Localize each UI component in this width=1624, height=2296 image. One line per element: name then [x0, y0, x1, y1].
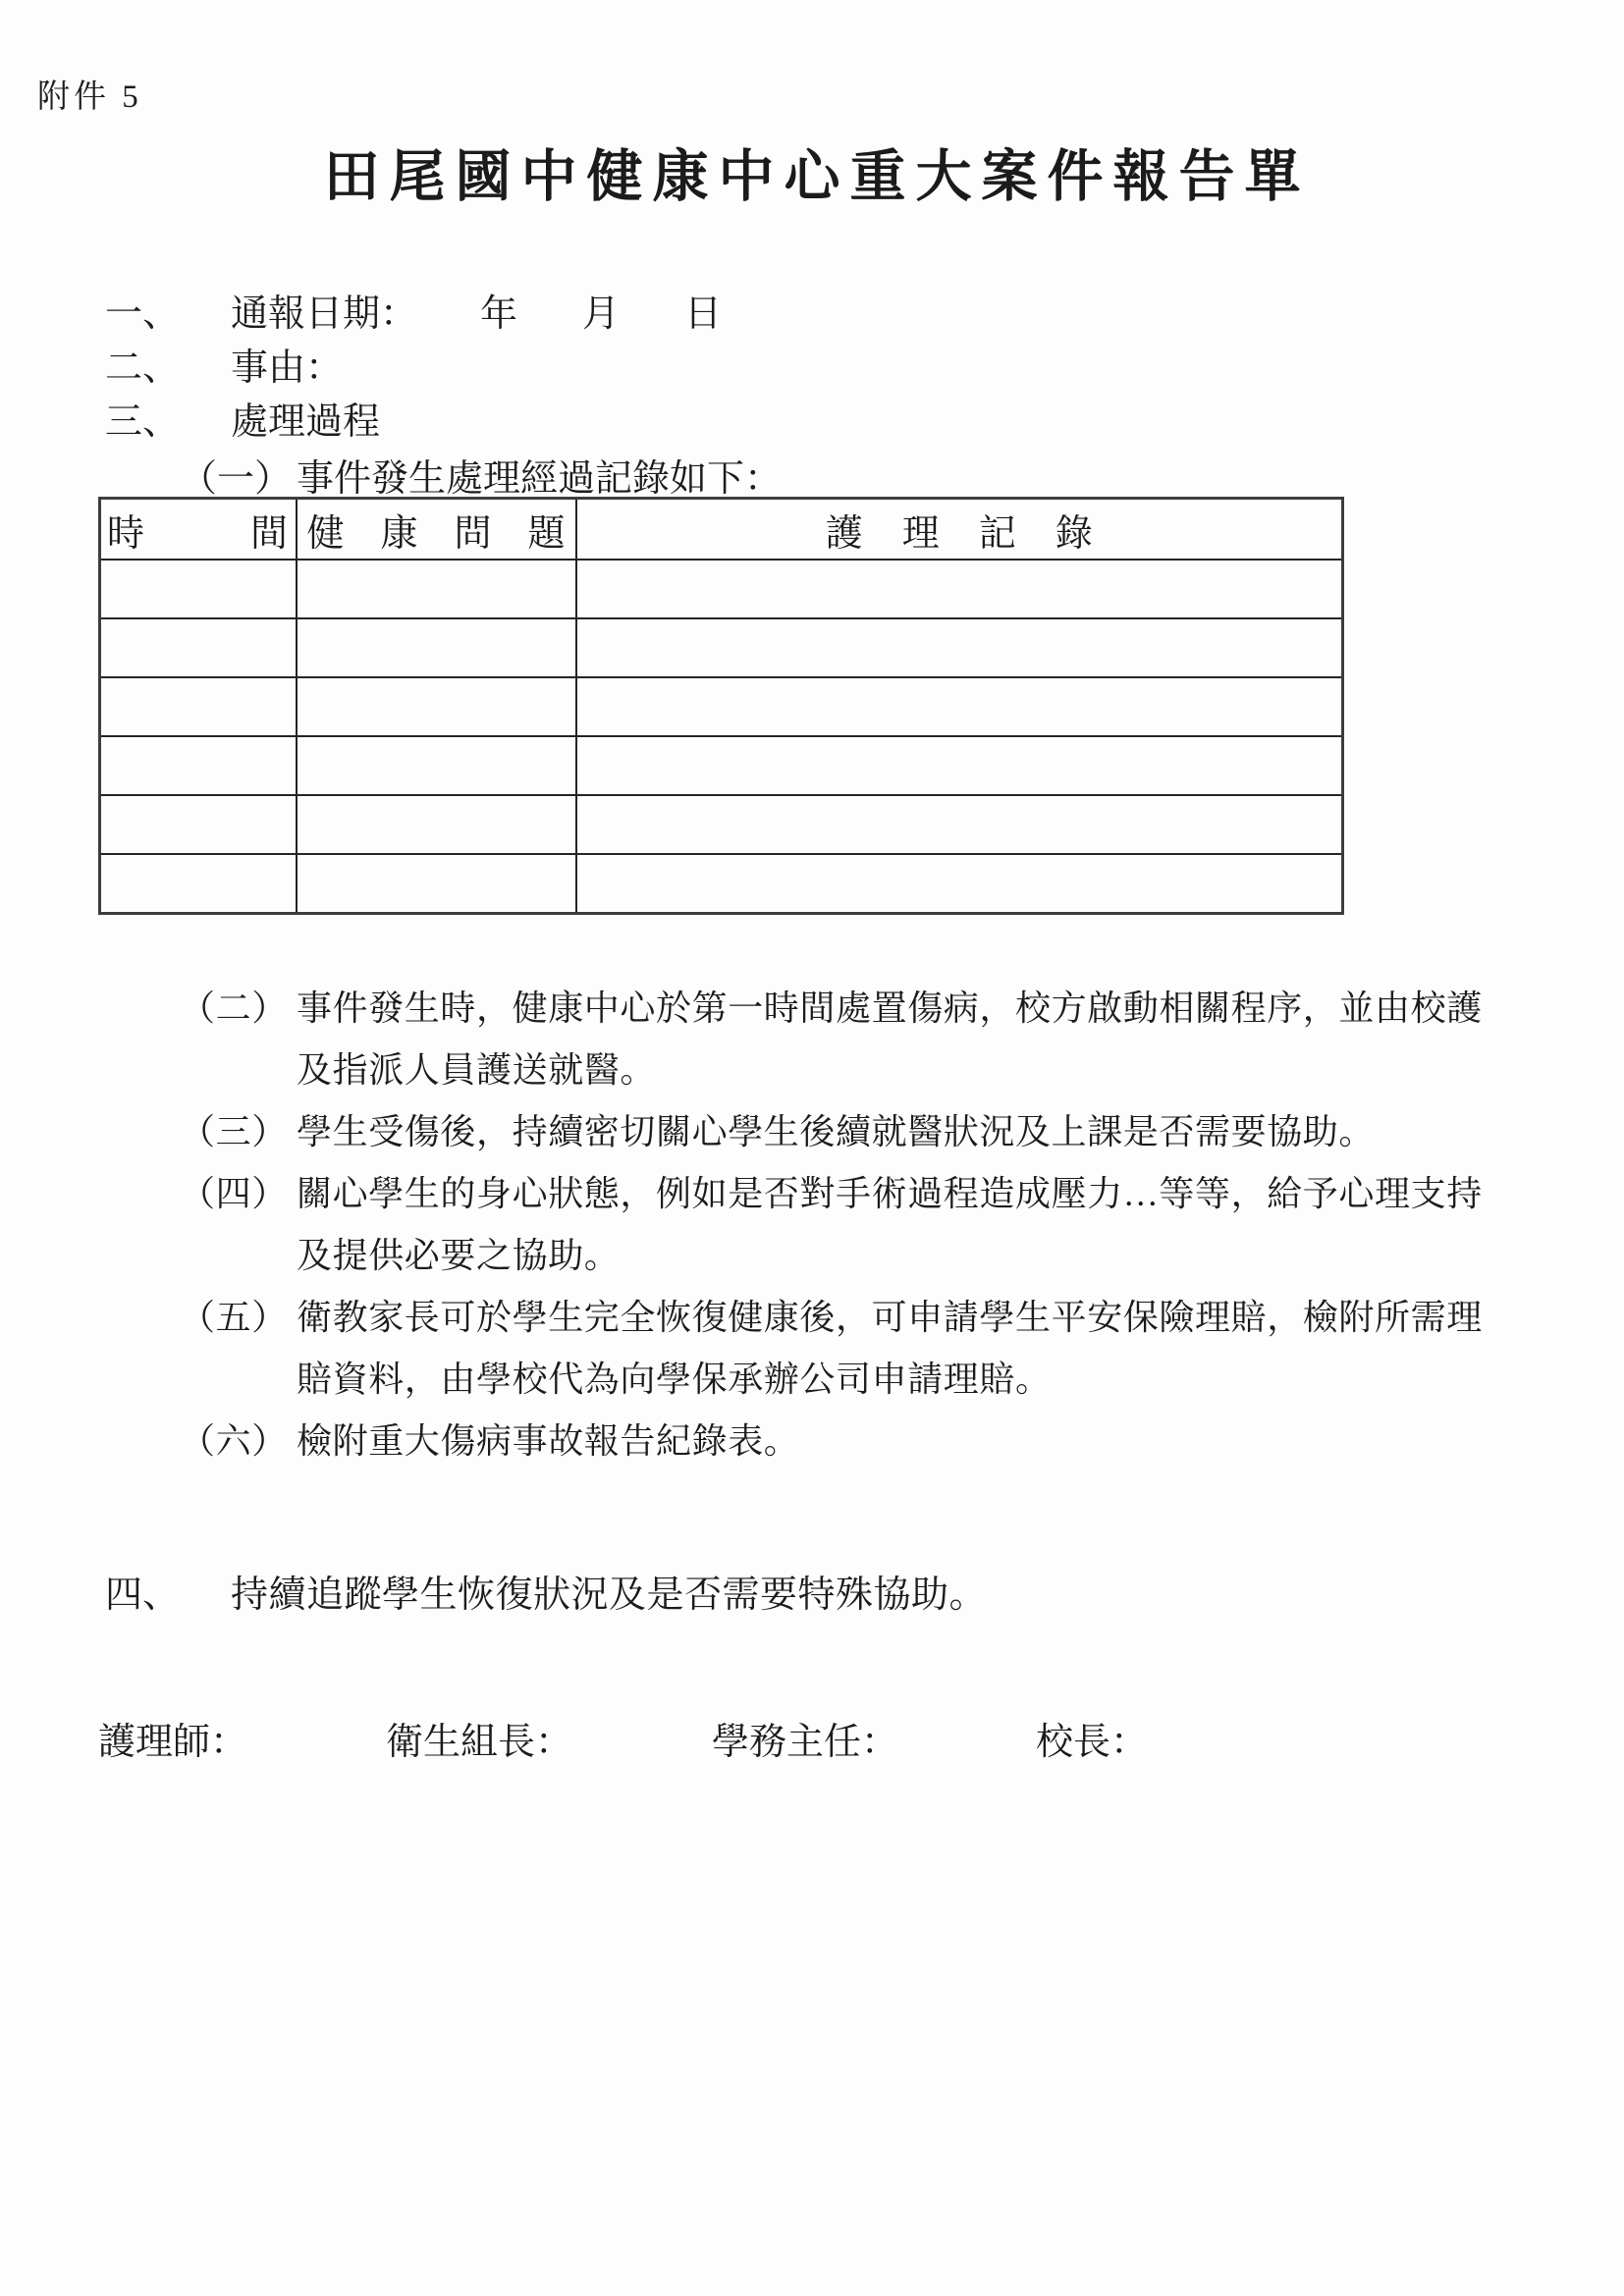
item-text: 關心學生的身心狀態，例如是否對手術過程造成壓力…等等，給予心理支持及提供必要之協…	[297, 1163, 1485, 1287]
nursing-record-table: 時間 健康問題 護理記錄	[98, 497, 1344, 915]
item-number: （六）	[180, 1411, 297, 1472]
section-report-date: 一、 通報日期： 年 月 日	[105, 283, 722, 337]
nursing-record-cell	[576, 854, 1343, 914]
nursing-record-cell	[576, 736, 1343, 795]
health-problem-cell	[297, 618, 576, 677]
health-problem-cell	[297, 736, 576, 795]
health-problem-cell	[297, 560, 576, 618]
table-row	[100, 854, 1343, 914]
attachment-label: 附件 5	[37, 71, 142, 117]
item-number: （一）	[180, 448, 297, 502]
section-label: 持續追蹤學生恢復狀況及是否需要特殊協助。	[231, 1564, 987, 1618]
column-header-health-problem: 健康問題	[297, 499, 576, 561]
process-item-2: （二） 事件發生時，健康中心於第一時間處置傷病，校方啟動相關程序，並由校護及指派…	[180, 978, 1490, 1101]
item-number: （五）	[180, 1287, 297, 1349]
time-cell	[100, 736, 297, 795]
health-problem-cell	[297, 795, 576, 854]
table-row	[100, 795, 1343, 854]
time-cell	[100, 854, 297, 914]
table-row	[100, 560, 1343, 618]
nursing-record-cell	[576, 795, 1343, 854]
section-number: 一、	[105, 283, 231, 337]
signature-label-principal: 校長：	[1036, 1711, 1148, 1765]
signature-label-academic-affairs-director: 學務主任：	[712, 1711, 898, 1765]
item-text: 事件發生時，健康中心於第一時間處置傷病，校方啟動相關程序，並由校護及指派人員護送…	[297, 978, 1485, 1101]
time-cell	[100, 560, 297, 618]
nursing-record-cell	[576, 677, 1343, 736]
section-label: 事由：	[231, 337, 343, 391]
column-header-time: 時間	[100, 499, 297, 561]
nursing-record-cell	[576, 560, 1343, 618]
health-problem-cell	[297, 854, 576, 914]
signature-label-health-section-chief: 衛生組長：	[386, 1711, 572, 1765]
year-label: 年	[480, 283, 517, 337]
page-title: 田尾國中健康中心重大案件報告單	[0, 132, 1624, 212]
signature-label-nurse: 護理師：	[98, 1711, 247, 1765]
section-number: 四、	[105, 1564, 231, 1618]
section-label: 通報日期：	[231, 283, 417, 337]
process-item-4: （四） 關心學生的身心狀態，例如是否對手術過程造成壓力…等等，給予心理支持及提供…	[180, 1163, 1490, 1287]
section-label: 處理過程	[231, 391, 380, 445]
section-handling-process: 三、 處理過程	[105, 391, 380, 445]
section-number: 二、	[105, 337, 231, 391]
item-number: （二）	[180, 978, 297, 1040]
item-text: 檢附重大傷病事故報告紀錄表。	[297, 1411, 1485, 1472]
nursing-record-cell	[576, 618, 1343, 677]
process-item-3: （三） 學生受傷後，持續密切關心學生後續就醫狀況及上課是否需要協助。	[180, 1101, 1490, 1163]
section-cause: 二、 事由：	[105, 337, 343, 391]
section-follow-up: 四、 持續追蹤學生恢復狀況及是否需要特殊協助。	[105, 1564, 987, 1618]
item-text: 學生受傷後，持續密切關心學生後續就醫狀況及上課是否需要協助。	[297, 1101, 1485, 1163]
process-items-list: （二） 事件發生時，健康中心於第一時間處置傷病，校方啟動相關程序，並由校護及指派…	[180, 978, 1490, 1472]
item-number: （三）	[180, 1101, 297, 1163]
item-text: 衛教家長可於學生完全恢復健康後，可申請學生平安保險理賠，檢附所需理賠資料，由學校…	[297, 1287, 1485, 1411]
time-cell	[100, 795, 297, 854]
process-item-1: （一） 事件發生處理經過記錄如下：	[180, 448, 782, 502]
table-header-row: 時間 健康問題 護理記錄	[100, 499, 1343, 561]
time-cell	[100, 618, 297, 677]
table-row	[100, 677, 1343, 736]
time-cell	[100, 677, 297, 736]
item-number: （四）	[180, 1163, 297, 1225]
document-page: 附件 5 田尾國中健康中心重大案件報告單 一、 通報日期： 年 月 日 二、 事…	[0, 0, 1624, 2296]
section-number: 三、	[105, 391, 231, 445]
column-header-nursing-record: 護理記錄	[576, 499, 1343, 561]
table-row	[100, 736, 1343, 795]
table-row	[100, 618, 1343, 677]
process-item-5: （五） 衛教家長可於學生完全恢復健康後，可申請學生平安保險理賠，檢附所需理賠資料…	[180, 1287, 1490, 1411]
process-item-6: （六） 檢附重大傷病事故報告紀錄表。	[180, 1411, 1490, 1472]
health-problem-cell	[297, 677, 576, 736]
month-label: 月	[582, 283, 620, 337]
day-label: 日	[684, 283, 722, 337]
item-text: 事件發生處理經過記錄如下：	[297, 448, 782, 502]
